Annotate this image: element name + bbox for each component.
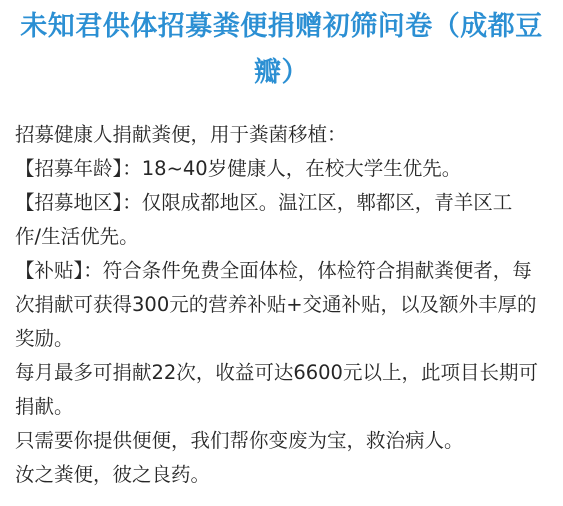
- page-title: 未知君供体招募粪便捐赠初筛问卷（成都豆 瓣）: [0, 4, 563, 96]
- post-body: 招募健康人捐献粪便，用于粪菌移植： 【招募年龄】：18~40岁健康人，在校大学生…: [15, 118, 555, 492]
- intro-line: 招募健康人捐献粪便，用于粪菌移植：: [15, 118, 555, 152]
- age-requirement-line: 【招募年龄】：18~40岁健康人，在校大学生优先。: [15, 152, 555, 186]
- subsidy-line-cont: 次捐献可获得300元的营养补贴+交通补贴，以及额外丰厚的: [15, 288, 555, 322]
- title-line-1: 未知君供体招募粪便捐赠初筛问卷（成都豆: [0, 4, 563, 50]
- pitch-line: 只需要你提供便便，我们帮你变废为宝，救治病人。: [15, 424, 555, 458]
- title-line-2: 瓣）: [0, 50, 563, 96]
- monthly-limit-line-cont: 捐献。: [15, 390, 555, 424]
- monthly-limit-line: 每月最多可捐献22次，收益可达6600元以上，此项目长期可: [15, 356, 555, 390]
- region-requirement-line: 【招募地区】：仅限成都地区。温江区，郫都区，青羊区工: [15, 186, 555, 220]
- subsidy-line-cont-2: 奖励。: [15, 322, 555, 356]
- subsidy-line: 【补贴】：符合条件免费全面体检，体检符合捐献粪便者，每: [15, 254, 555, 288]
- region-requirement-line-cont: 作/生活优先。: [15, 220, 555, 254]
- slogan-line: 汝之粪便，彼之良药。: [15, 458, 555, 492]
